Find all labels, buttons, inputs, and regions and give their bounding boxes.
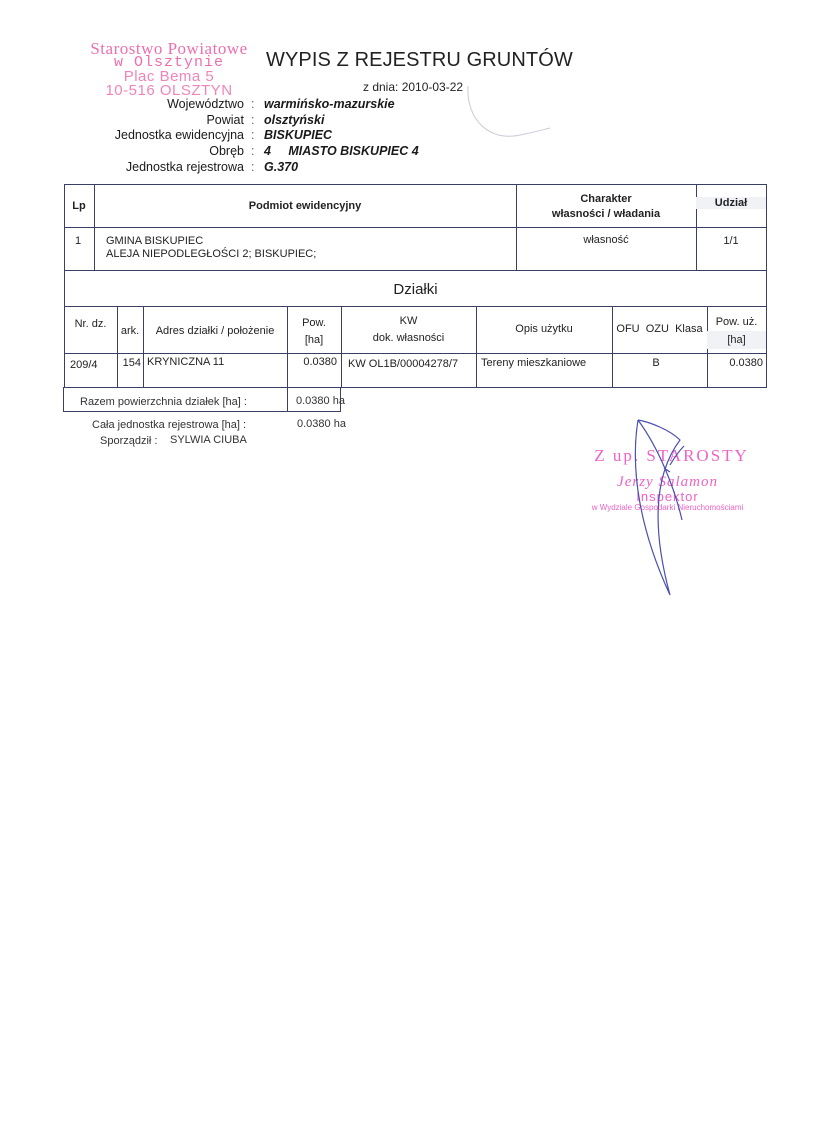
metadata-colon: : (251, 160, 254, 174)
header-land-use: Opis użytku (476, 323, 612, 335)
metadata-colon: : (251, 144, 254, 158)
plot-area: 0.0380 (287, 356, 337, 368)
faint-pen-mark (460, 80, 560, 150)
header-kw: KW dok. własności (341, 313, 476, 347)
metadata-value: olsztyński (264, 113, 324, 127)
header-lp: Lp (64, 200, 94, 212)
stamp-line-4: 10-516 OLSZTYN (74, 84, 264, 98)
metadata-colon: : (251, 128, 254, 142)
metadata-label: Powiat (206, 113, 244, 127)
plot-address: KRYNICZNA 11 (147, 356, 224, 368)
document-date: z dnia: 2010-03-22 (363, 80, 463, 94)
header-class: OFU OZU Klasa (612, 323, 707, 335)
plot-land-use: Tereny mieszkaniowe (481, 357, 586, 369)
metadata-colon: : (251, 113, 254, 127)
metadata-row: Jednostka rejestrowa:G.370 (0, 160, 244, 176)
plots-total-value: 0.0380 ha (296, 395, 345, 407)
metadata-value: 4 MIASTO BISKUPIEC 4 (264, 144, 419, 158)
plot-kw: KW OL1B/00004278/7 (348, 358, 458, 370)
header-use-area: Pow. uż. [ha] (707, 313, 766, 349)
owner-lp: 1 (64, 235, 92, 247)
metadata-row: Powiat:olsztyński (0, 113, 244, 129)
handwritten-signature (620, 410, 700, 610)
office-stamp: Starostwo Powiatowe w Olsztynie Plac Bem… (74, 42, 264, 98)
owner-subject: GMINA BISKUPIEC ALEJA NIEPODLEGŁOŚCI 2; … (106, 235, 316, 261)
plot-sheet: 154 (117, 357, 141, 369)
metadata-row: Obręb:4 MIASTO BISKUPIEC 4 (0, 144, 244, 160)
plot-use-area: 0.0380 (707, 357, 763, 369)
metadata-colon: : (251, 97, 254, 111)
document-title: WYPIS Z REJESTRU GRUNTÓW (266, 49, 573, 72)
header-address: Adres działki / położenie (143, 325, 287, 337)
metadata-label: Obręb (209, 144, 244, 158)
metadata-label: Jednostka ewidencyjna (115, 128, 244, 142)
unit-total-label: Cała jednostka rejestrowa [ha] : (92, 419, 246, 431)
header-share: Udział (696, 197, 766, 209)
metadata-label: Województwo (167, 97, 244, 111)
plots-total-label: Razem powierzchnia działek [ha] : (80, 396, 247, 408)
header-character: Charakter własności / władania (516, 192, 696, 222)
owner-character: własność (516, 234, 696, 246)
plots-section-title: Działki (64, 281, 767, 298)
unit-total-value: 0.0380 ha (297, 418, 346, 430)
metadata-value: G.370 (264, 160, 298, 174)
metadata-value: BISKUPIEC (264, 128, 332, 142)
header-plot-number: Nr. dz. (64, 318, 117, 330)
metadata-value: warmińsko-mazurskie (264, 97, 395, 111)
header-subject: Podmiot ewidencyjny (94, 200, 516, 212)
header-sheet: ark. (117, 325, 143, 337)
metadata-label: Jednostka rejestrowa (126, 160, 244, 174)
plot-class: B (612, 357, 700, 369)
prepared-by-value: SYLWIA CIUBA (170, 434, 247, 446)
metadata-row: Województwo:warmińsko-mazurskie (0, 97, 244, 113)
header-area: Pow. [ha] (287, 315, 341, 349)
owner-share: 1/1 (696, 235, 766, 247)
prepared-by-label: Sporządził : (100, 435, 157, 447)
metadata-row: Jednostka ewidencyjna:BISKUPIEC (0, 128, 244, 144)
plot-number: 209/4 (70, 359, 98, 371)
